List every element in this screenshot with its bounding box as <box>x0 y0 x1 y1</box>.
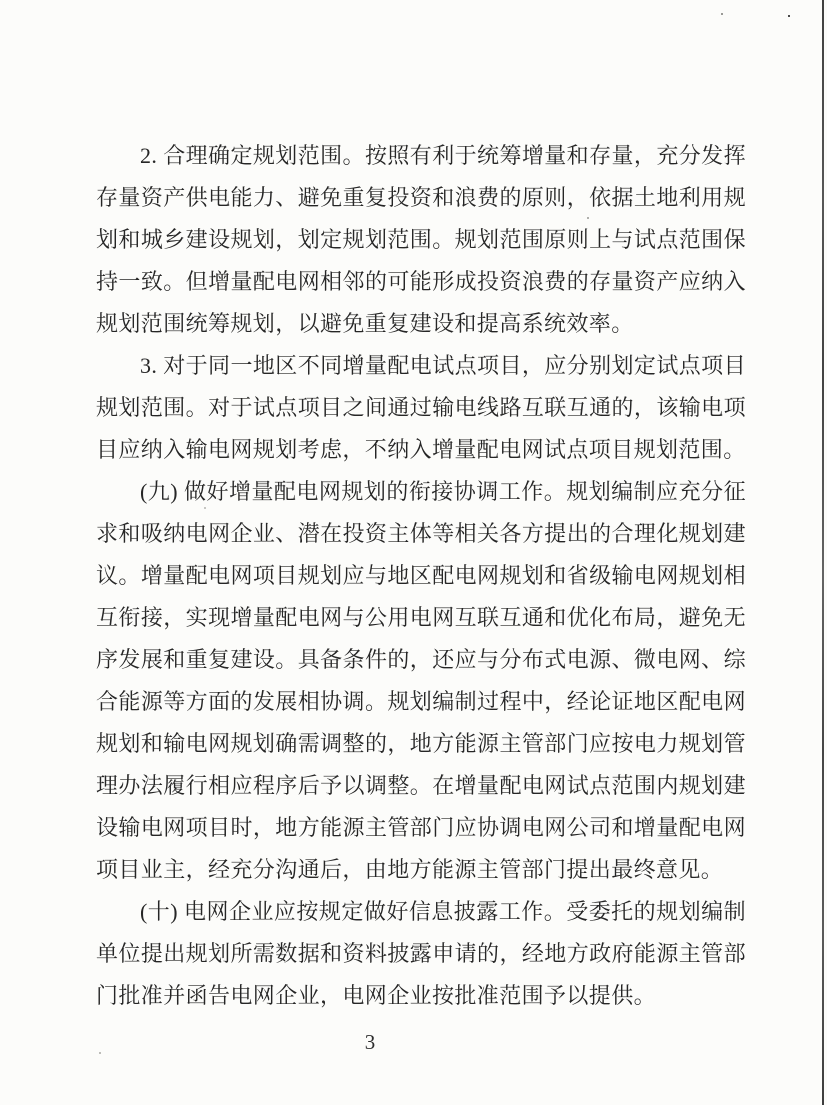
paragraph-item-3: 3. 对于同一地区不同增量配电试点项目，应分别划定试点项目规划范围。对于试点项目… <box>96 345 746 471</box>
paragraph-item-2: 2. 合理确定规划范围。按照有利于统筹增量和存量，充分发挥存量资产供电能力、避免… <box>96 135 746 345</box>
paragraph-item-10: (十) 电网企业应按规定做好信息披露工作。受委托的规划编制单位提出规划所需数据和… <box>96 891 746 1017</box>
scanned-document-page: 2. 合理确定规划范围。按照有利于统筹增量和存量，充分发挥存量资产供电能力、避免… <box>0 0 827 1105</box>
paragraph-item-9: (九) 做好增量配电网规划的衔接协调工作。规划编制应充分征求和吸纳电网企业、潜在… <box>96 471 746 891</box>
scan-edge-artifact-line <box>822 0 824 1105</box>
page-number: 3 <box>0 1030 740 1055</box>
document-body: 2. 合理确定规划范围。按照有利于统筹增量和存量，充分发挥存量资产供电能力、避免… <box>96 135 746 1017</box>
